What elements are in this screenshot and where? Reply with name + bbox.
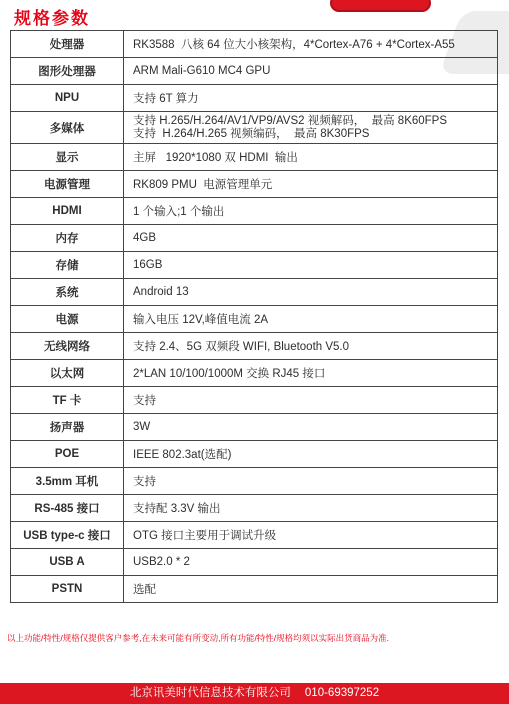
footer-bar: 北京讯美时代信息技术有限公司010-69397252 (0, 683, 509, 704)
table-row: USB type-c 接口OTG 接口主要用于调试升级 (11, 522, 498, 549)
spec-label: 存储 (11, 252, 124, 279)
spec-value: USB2.0 * 2 (124, 549, 498, 576)
table-row: 处理器RK3588 八核 64 位大小核架构，4*Cortex-A76 + 4*… (11, 31, 498, 58)
spec-value-line: 支持配 3.3V 输出 (133, 500, 496, 516)
spec-value: 选配 (124, 576, 498, 603)
spec-value: IEEE 802.3at(选配) (124, 441, 498, 468)
spec-label: 内存 (11, 225, 124, 252)
spec-value-line: 主屏 1920*1080 双 HDMI 输出 (133, 149, 496, 165)
table-row: 存储16GB (11, 252, 498, 279)
table-row: RS-485 接口支持配 3.3V 输出 (11, 495, 498, 522)
footer-company: 北京讯美时代信息技术有限公司 (130, 687, 291, 699)
spec-value: 支持 H.265/H.264/AV1/VP9/AVS2 视频解码， 最高 8K6… (124, 112, 498, 144)
spec-value-line: 支持 (133, 392, 496, 408)
spec-label: HDMI (11, 198, 124, 225)
spec-value: 输入电压 12V,峰值电流 2A (124, 306, 498, 333)
spec-label: POE (11, 441, 124, 468)
table-row: POEIEEE 802.3at(选配) (11, 441, 498, 468)
table-row: 显示主屏 1920*1080 双 HDMI 输出 (11, 144, 498, 171)
spec-label: 系统 (11, 279, 124, 306)
spec-value: 支持 6T 算力 (124, 85, 498, 112)
spec-value: 支持 (124, 468, 498, 495)
spec-value-line: 支持 6T 算力 (133, 90, 496, 106)
spec-label: PSTN (11, 576, 124, 603)
spec-value: 3W (124, 414, 498, 441)
spec-label: USB type-c 接口 (11, 522, 124, 549)
spec-value: 支持配 3.3V 输出 (124, 495, 498, 522)
disclaimer-text: 以上功能/特性/规格仅提供客户参考,在未来可能有所变动,所有功能/特性/规格均须… (7, 632, 507, 644)
table-row: 内存4GB (11, 225, 498, 252)
spec-value: 4GB (124, 225, 498, 252)
spec-value-line: 1 个输入;1 个输出 (133, 203, 496, 219)
spec-value-line: 4GB (133, 232, 496, 244)
spec-value-line: Android 13 (133, 286, 496, 298)
spec-value-line: 输入电压 12V,峰值电流 2A (133, 311, 496, 327)
spec-value: Android 13 (124, 279, 498, 306)
table-row: USB AUSB2.0 * 2 (11, 549, 498, 576)
table-row: 扬声器3W (11, 414, 498, 441)
spec-value-line: 2*LAN 10/100/1000M 交换 RJ45 接口 (133, 365, 496, 381)
spec-label: 以太网 (11, 360, 124, 387)
table-row: HDMI1 个输入;1 个输出 (11, 198, 498, 225)
spec-value-line: ARM Mali-G610 MC4 GPU (133, 65, 496, 77)
spec-value-line: 选配 (133, 581, 496, 597)
spec-label: 无线网络 (11, 333, 124, 360)
spec-label: 多媒体 (11, 112, 124, 144)
spec-value-line: RK809 PMU 电源管理单元 (133, 176, 496, 192)
spec-label: 显示 (11, 144, 124, 171)
table-row: 图形处理器ARM Mali-G610 MC4 GPU (11, 58, 498, 85)
table-row: 电源管理RK809 PMU 电源管理单元 (11, 171, 498, 198)
spec-value-line: 支持 (133, 473, 496, 489)
table-row: 以太网2*LAN 10/100/1000M 交换 RJ45 接口 (11, 360, 498, 387)
spec-value: 支持 (124, 387, 498, 414)
table-row: 无线网络支持 2.4、5G 双频段 WIFI, Bluetooth V5.0 (11, 333, 498, 360)
decorative-red-tab (330, 0, 431, 12)
spec-value: 主屏 1920*1080 双 HDMI 输出 (124, 144, 498, 171)
table-row: NPU支持 6T 算力 (11, 85, 498, 112)
table-row: PSTN选配 (11, 576, 498, 603)
spec-value-line: 支持 H.264/H.265 视频编码， 最高 8K30FPS (133, 128, 496, 141)
spec-value: ARM Mali-G610 MC4 GPU (124, 58, 498, 85)
table-row: 电源输入电压 12V,峰值电流 2A (11, 306, 498, 333)
spec-value-line: IEEE 802.3at(选配) (133, 446, 496, 462)
spec-value: 2*LAN 10/100/1000M 交换 RJ45 接口 (124, 360, 498, 387)
spec-value-line: 支持 2.4、5G 双频段 WIFI, Bluetooth V5.0 (133, 338, 496, 354)
spec-label: 处理器 (11, 31, 124, 58)
spec-label: 电源管理 (11, 171, 124, 198)
spec-value-line: 16GB (133, 259, 496, 271)
spec-label: 扬声器 (11, 414, 124, 441)
spec-table-body: 处理器RK3588 八核 64 位大小核架构，4*Cortex-A76 + 4*… (11, 31, 498, 603)
spec-value: 1 个输入;1 个输出 (124, 198, 498, 225)
table-row: 多媒体支持 H.265/H.264/AV1/VP9/AVS2 视频解码， 最高 … (11, 112, 498, 144)
footer-phone: 010-69397252 (305, 687, 379, 699)
spec-label: 图形处理器 (11, 58, 124, 85)
spec-label: 电源 (11, 306, 124, 333)
spec-value-line: USB2.0 * 2 (133, 556, 496, 568)
spec-value: OTG 接口主要用于调试升级 (124, 522, 498, 549)
spec-value-line: RK3588 八核 64 位大小核架构，4*Cortex-A76 + 4*Cor… (133, 36, 496, 52)
spec-label: USB A (11, 549, 124, 576)
spec-label: NPU (11, 85, 124, 112)
spec-value: 16GB (124, 252, 498, 279)
spec-value: 支持 2.4、5G 双频段 WIFI, Bluetooth V5.0 (124, 333, 498, 360)
spec-label: TF 卡 (11, 387, 124, 414)
spec-value: RK809 PMU 电源管理单元 (124, 171, 498, 198)
spec-table: 处理器RK3588 八核 64 位大小核架构，4*Cortex-A76 + 4*… (10, 30, 498, 603)
spec-label: RS-485 接口 (11, 495, 124, 522)
table-row: 系统Android 13 (11, 279, 498, 306)
table-row: 3.5mm 耳机支持 (11, 468, 498, 495)
table-row: TF 卡支持 (11, 387, 498, 414)
spec-value-line: OTG 接口主要用于调试升级 (133, 527, 496, 543)
spec-value-line: 3W (133, 421, 496, 433)
page-title: 规格参数 (14, 4, 90, 29)
spec-value: RK3588 八核 64 位大小核架构，4*Cortex-A76 + 4*Cor… (124, 31, 498, 58)
spec-value-line: 支持 H.265/H.264/AV1/VP9/AVS2 视频解码， 最高 8K6… (133, 115, 496, 128)
spec-label: 3.5mm 耳机 (11, 468, 124, 495)
